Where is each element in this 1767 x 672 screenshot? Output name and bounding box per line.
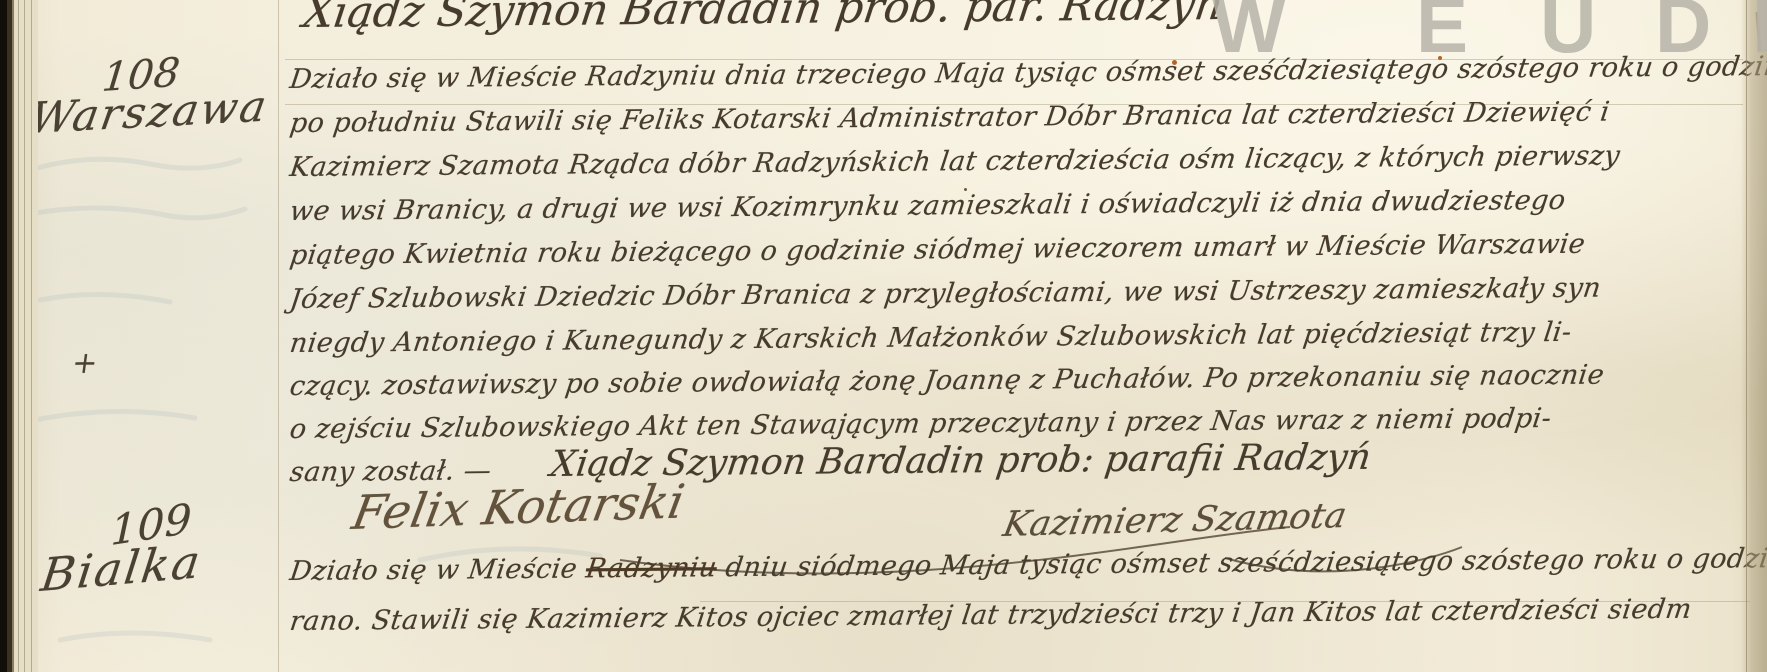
page-right-edge [1741, 0, 1767, 672]
watermark-letter: W [1212, 0, 1286, 71]
margin-cross-mark: + [70, 346, 100, 381]
page-fold-crease [1746, 0, 1747, 672]
book-binding-edge [0, 0, 38, 672]
page-stack-streak [31, 0, 32, 672]
watermark-letter: E [1416, 0, 1468, 71]
page-stack-streak [24, 0, 25, 672]
watermark-letter: D [1655, 0, 1711, 71]
watermark-letter: U [1540, 0, 1596, 71]
entry109-struck-word: Radzyniu [584, 552, 719, 584]
page-stack-streak [18, 0, 19, 672]
watermark-letter: L [1752, 0, 1767, 71]
entry109-line1-pre: Działo się w Mieście [288, 553, 588, 587]
